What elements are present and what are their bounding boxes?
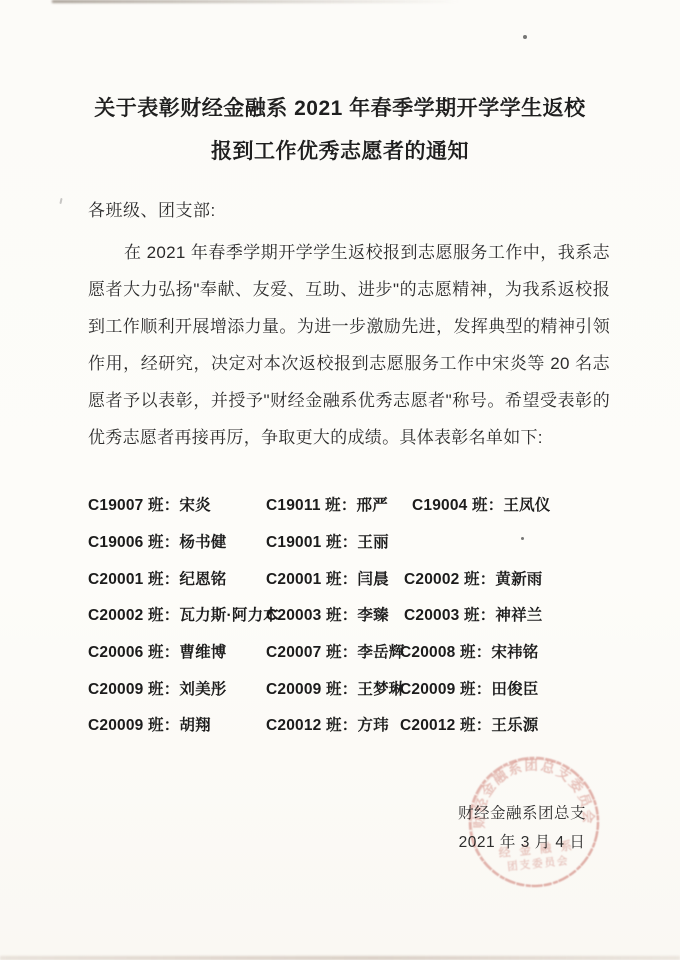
honor-list-entry: C20002 班：瓦力斯·阿力木	[88, 603, 266, 625]
honor-list-entry: C20012 班：王乐源	[400, 713, 551, 735]
honor-list-entry: C20009 班：胡翔	[88, 713, 266, 735]
body-paragraph: 在 2021 年春季学期开学学生返校报到志愿服务工作中，我系志 愿者大力弘扬"奉…	[88, 234, 610, 456]
ink-speck-left	[59, 198, 62, 204]
salutation: 各班级、团支部:	[88, 196, 216, 221]
paragraph-line: 愿者予以表彰，并授予"财经金融系优秀志愿者"称号。希望受表彰的	[88, 382, 610, 419]
honor-list-entry: C19006 班：杨书健	[88, 530, 266, 552]
paragraph-line: 在 2021 年春季学期开学学生返校报到志愿服务工作中，我系志	[88, 234, 610, 271]
scan-edge-smudge-top	[52, 0, 460, 3]
document-title-line1: 关于表彰财经金融系 2021 年春季学期开学学生返校	[0, 87, 680, 130]
ink-speck-top	[523, 35, 527, 39]
honor-list-entry: C20007 班：李岳辉	[266, 640, 400, 662]
signature-org: 财经金融系团总支	[438, 800, 606, 829]
honor-list-entry: C19001 班：王丽	[266, 530, 400, 552]
honor-list-entry: C20009 班：刘美彤	[88, 677, 266, 699]
honor-list-entry: C20009 班：王梦琳	[266, 677, 400, 699]
signature-block: 财经金融系团总支 2021 年 3 月 4 日	[438, 800, 606, 857]
honor-list-entry: C20008 班：宋祎铭	[400, 640, 551, 662]
document-title-line2: 报到工作优秀志愿者的通知	[0, 130, 680, 173]
honor-list-entry: C20003 班：神祥兰	[400, 603, 551, 625]
honor-list-entry: C20009 班：田俊臣	[400, 677, 551, 699]
scan-edge-smudge-bottom	[0, 956, 680, 960]
notice-document-page: 关于表彰财经金融系 2021 年春季学期开学学生返校 报到工作优秀志愿者的通知 …	[0, 0, 680, 960]
honor-list-entry: C20003 班：李臻	[266, 603, 400, 625]
paragraph-line: 作用，经研究，决定对本次返校报到志愿服务工作中宋炎等 20 名志	[88, 345, 610, 382]
paragraph-line: 优秀志愿者再接再厉，争取更大的成绩。具体表彰名单如下:	[88, 419, 610, 456]
honor-list-entry: C19011 班：邢严	[266, 493, 400, 515]
honor-list-entry: C20006 班：曹维博	[88, 640, 266, 662]
honor-list-entry: C19004 班：王凤仪	[400, 493, 551, 515]
paragraph-line: 到工作顺利开展增添力量。为进一步激励先进，发挥典型的精神引领	[88, 308, 610, 345]
honor-list-entry: C20001 班：纪恩铭	[88, 567, 266, 589]
document-title: 关于表彰财经金融系 2021 年春季学期开学学生返校 报到工作优秀志愿者的通知	[0, 87, 680, 173]
signature-date: 2021 年 3 月 4 日	[438, 829, 606, 858]
honor-list-entry: C20001 班：闫晨	[266, 567, 400, 589]
honor-list-entry: C20002 班：黄新雨	[400, 567, 551, 589]
honor-list: C19007 班：宋炎 C19011 班：邢严 C19004 班：王凤仪 C19…	[88, 486, 551, 743]
honor-list-entry: C20012 班：方玮	[266, 713, 400, 735]
paragraph-line: 愿者大力弘扬"奉献、友爱、互助、进步"的志愿精神，为我系返校报	[88, 271, 610, 308]
honor-list-entry: C19007 班：宋炎	[88, 493, 266, 515]
